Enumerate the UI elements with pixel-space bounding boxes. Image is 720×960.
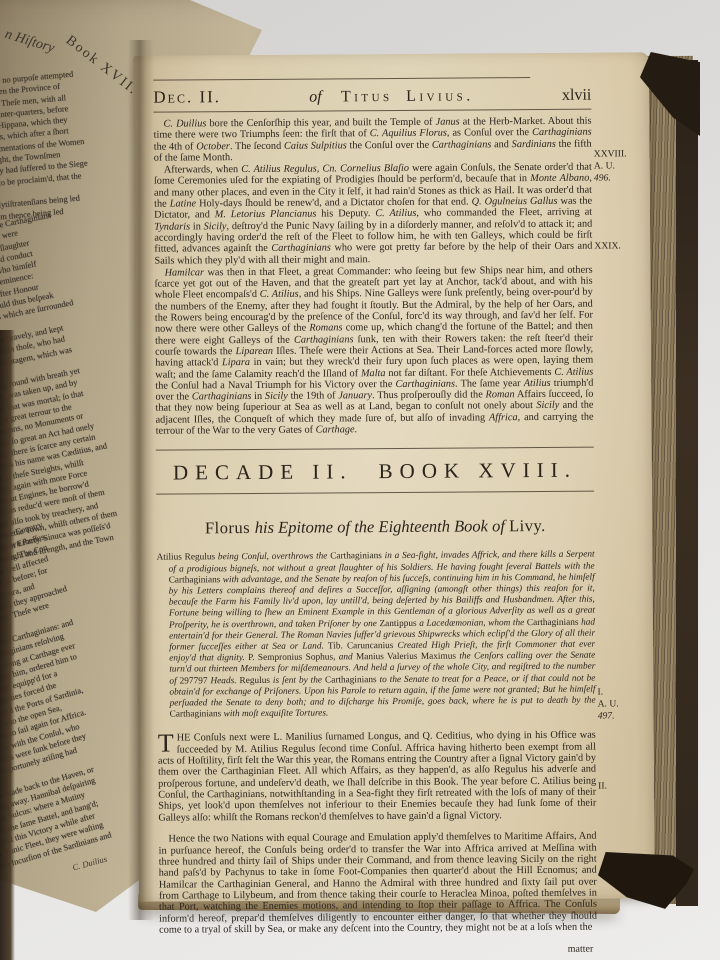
epitome-heading: Florus his Epitome of the Eighteenth Boo… [156, 516, 594, 539]
spine-shadow [0, 330, 15, 960]
decade-heading: DECADE II. BOOK XVIII. [156, 458, 594, 486]
left-page-running-title: n Hiſtory [3, 27, 56, 57]
section-top-rule [156, 447, 594, 451]
margin-note-xxix: XXIX. [594, 240, 642, 252]
header-decade-label: Dec. II. [153, 87, 221, 107]
margin-note-xxviii: XXVIII.A. U.496. [594, 148, 642, 184]
page-header: Dec. II. of Titus Livius. xlvii [153, 85, 591, 108]
right-page: Dec. II. of Titus Livius. xlvii C. Duili… [133, 52, 655, 902]
header-title: of Titus Livius. [309, 87, 474, 106]
paragraph-atilius-regulus: Afterwards, when C. Atilius Regulus, Cn.… [154, 162, 593, 267]
section-bottom-rule [156, 491, 594, 495]
header-top-rule [153, 77, 530, 81]
body-paragraph-consuls: THE Conſuls next were L. Manilius ſurnam… [158, 730, 597, 824]
decade-heading-right: BOOK XVIII. [379, 458, 577, 484]
paragraph-duilius: C. Duilius bore the Cenſorſhip this year… [153, 116, 591, 164]
body-paragraph-two-nations: Hence the two Nations with equal Courage… [158, 831, 597, 936]
book-cover-edge [676, 60, 698, 906]
paragraph-hamilcar: Hamilcar was then in that Fleet, a great… [155, 264, 594, 437]
left-page-catchword: C. Duilius [71, 854, 108, 873]
catchword: matter [159, 943, 597, 957]
decade-heading-left: DECADE II. [173, 460, 353, 486]
body-paragraph-consuls-text: HE Conſuls next were L. Manilius ſurname… [158, 730, 596, 823]
page-text-block: Dec. II. of Titus Livius. xlvii C. Duili… [133, 52, 655, 902]
book-photo: n Hiſtory Book XVII. d ſeveral times to … [0, 0, 720, 960]
margin-note-ii: II. [598, 780, 646, 792]
gutter-shadow [128, 40, 154, 920]
header-folio-number: xlvii [562, 87, 591, 105]
epitome-paragraph: Atilius Regulus being Conſul, overthrows… [157, 550, 596, 721]
margin-note-i: I.A. U.497. [597, 686, 645, 722]
drop-cap: T [158, 733, 177, 754]
